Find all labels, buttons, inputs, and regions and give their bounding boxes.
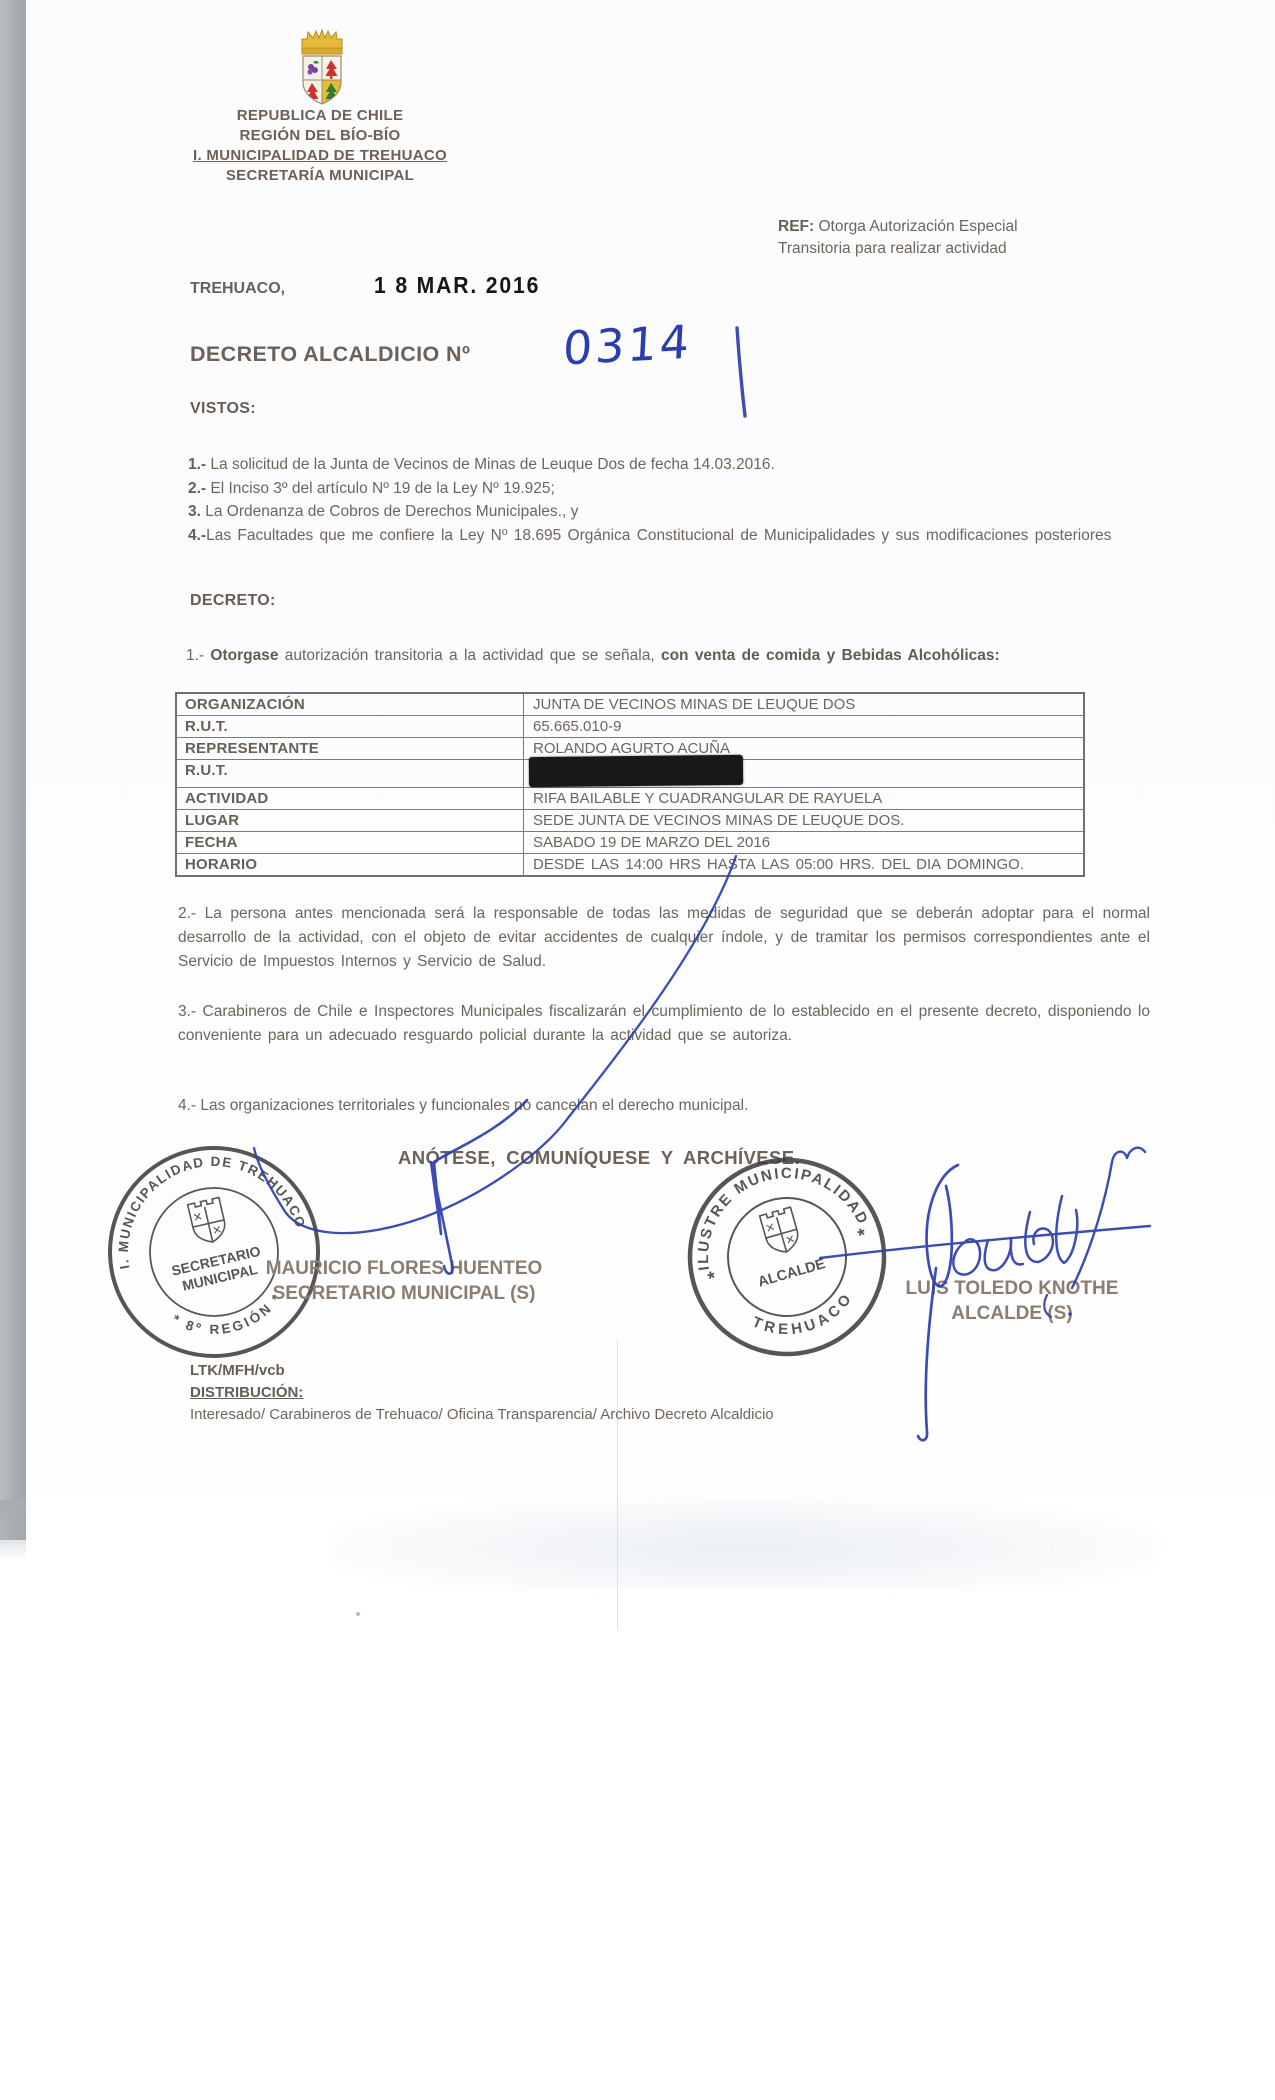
footer-block: LTK/MFH/vcb DISTRIBUCIÓN: Interesado/ Ca… — [190, 1360, 774, 1426]
header-line-republic: REPUBLICA DE CHILE — [150, 106, 490, 126]
stamp-right-center: ALCALDE — [756, 1256, 827, 1291]
row-label: R.U.T. — [177, 760, 523, 787]
handwritten-ink-strokes — [0, 0, 1275, 2100]
row-value: SABADO 19 DE MARZO DEL 2016 — [523, 832, 1083, 853]
bleed-dot — [356, 1612, 360, 1616]
row-label: FECHA — [177, 832, 523, 853]
ref-label: REF: — [778, 218, 814, 235]
decree-paragraph-1: 1.- Otorgase autorización transitoria a … — [178, 644, 1154, 667]
coat-of-arms — [293, 26, 351, 108]
secretary-stamp: I. MUNICIPALIDAD DE TREHUACO * 8º REGIÓN… — [75, 1113, 353, 1391]
ref-line-1: REF: Otorga Autorización Especial — [778, 216, 1054, 238]
date-stamp: 1 8 MAR. 2016 — [374, 272, 540, 299]
row-value: RIFA BAILABLE Y CUADRANGULAR DE RAYUELA — [523, 788, 1083, 809]
row-label: REPRESENTANTE — [177, 738, 523, 759]
stamp-left-arc-top: I. MUNICIPALIDAD DE TREHUACO — [96, 1134, 308, 1271]
table-row: ORGANIZACIÓNJUNTA DE VECINOS MINAS DE LE… — [177, 694, 1083, 715]
decree-number-handwritten: 0314 — [562, 315, 694, 376]
vistos-list: 1.- La solicitud de la Junta de Vecinos … — [188, 453, 1140, 547]
row-value — [523, 760, 1083, 787]
header-line-region: REGIÓN DEL BÍO-BÍO — [150, 126, 490, 146]
table-row: R.U.T.65.665.010-9 — [177, 715, 1083, 737]
vistos-item: 4.-Las Facultades que me confiere la Ley… — [188, 524, 1140, 548]
city-label: TREHUACO, — [190, 280, 285, 298]
letterhead: REPUBLICA DE CHILE REGIÓN DEL BÍO-BÍO I.… — [150, 106, 490, 186]
row-value: DESDE LAS 14:00 HRS HASTA LAS 05:00 HRS.… — [523, 854, 1082, 875]
table-row: FECHASABADO 19 DE MARZO DEL 2016 — [177, 831, 1083, 853]
svg-text:TREHUACO: TREHUACO — [746, 1286, 863, 1351]
decree-title: DECRETO ALCALDICIO Nº — [190, 342, 470, 367]
row-value: SEDE JUNTA DE VECINOS MINAS DE LEUQUE DO… — [523, 810, 1083, 831]
info-table: ORGANIZACIÓNJUNTA DE VECINOS MINAS DE LE… — [175, 692, 1085, 877]
signature-left-block: MAURICIO FLORES HUENTEO SECRETARIO MUNIC… — [218, 1256, 590, 1306]
table-row: ACTIVIDADRIFA BAILABLE Y CUADRANGULAR DE… — [177, 787, 1083, 809]
vistos-item: 3. La Ordenanza de Cobros de Derechos Mu… — [188, 500, 1140, 524]
row-label: HORARIO — [177, 854, 523, 875]
row-label: LUGAR — [177, 810, 523, 831]
paragraph-2: 2.- La persona antes mencionada será la … — [178, 902, 1150, 974]
stamp-right-star-right: * — [856, 1225, 869, 1247]
distribution-text: Interesado/ Carabineros de Trehuaco/ Ofi… — [190, 1404, 774, 1426]
stamp-right-star-left: * — [706, 1268, 719, 1290]
signature-right-title: ALCALDE (S) — [862, 1301, 1162, 1326]
stamp-left-shield — [188, 1198, 229, 1246]
stamp-right-shield — [760, 1207, 802, 1256]
table-row: R.U.T. — [177, 759, 1083, 787]
ref-block: REF: Otorga Autorización Especial Transi… — [778, 216, 1054, 260]
header-line-municipality: I. MUNICIPALIDAD DE TREHUACO — [150, 146, 490, 166]
scanner-edge-strip — [0, 0, 26, 1540]
stamp-right-arc-bottom: TREHUACO — [746, 1286, 863, 1351]
svg-text:I. MUNICIPALIDAD DE TREHUACO: I. MUNICIPALIDAD DE TREHUACO — [96, 1134, 308, 1271]
paragraph-3: 3.- Carabineros de Chile e Inspectores M… — [178, 1000, 1150, 1048]
footer-initials: LTK/MFH/vcb — [190, 1360, 774, 1382]
row-label: R.U.T. — [177, 716, 523, 737]
vistos-item: 1.- La solicitud de la Junta de Vecinos … — [188, 453, 1140, 477]
table-row: LUGARSEDE JUNTA DE VECINOS MINAS DE LEUQ… — [177, 809, 1083, 831]
paragraph-4: 4.- Las organizaciones territoriales y f… — [178, 1094, 1150, 1118]
vistos-heading: VISTOS: — [190, 400, 256, 418]
row-value: 65.665.010-9 — [523, 716, 1083, 737]
row-label: ACTIVIDAD — [177, 788, 523, 809]
vistos-item: 2.- El Inciso 3º del artículo Nº 19 de l… — [188, 477, 1140, 501]
scanned-document: REPUBLICA DE CHILE REGIÓN DEL BÍO-BÍO I.… — [0, 0, 1275, 2100]
row-label: ORGANIZACIÓN — [177, 694, 523, 715]
signature-right-name: LUIS TOLEDO KNOTHE — [862, 1276, 1162, 1301]
signature-left-name: MAURICIO FLORES HUENTEO — [218, 1256, 590, 1281]
signature-right-block: LUIS TOLEDO KNOTHE ALCALDE (S) — [862, 1276, 1162, 1326]
row-value: JUNTA DE VECINOS MINAS DE LEUQUE DOS — [523, 694, 1083, 715]
scanner-edge-fade — [0, 1500, 26, 1560]
ref-line-2: Transitoria para realizar actividad — [778, 238, 1054, 260]
distribution-label: DISTRIBUCIÓN: — [190, 1382, 774, 1404]
header-line-secretary: SECRETARÍA MUNICIPAL — [150, 166, 490, 186]
bleed-through — [330, 1498, 1160, 1590]
table-row: HORARIODESDE LAS 14:00 HRS HASTA LAS 05:… — [177, 853, 1083, 875]
decreto-heading: DECRETO: — [190, 592, 276, 610]
redaction-bar — [529, 755, 743, 787]
signature-left-title: SECRETARIO MUNICIPAL (S) — [218, 1281, 590, 1306]
